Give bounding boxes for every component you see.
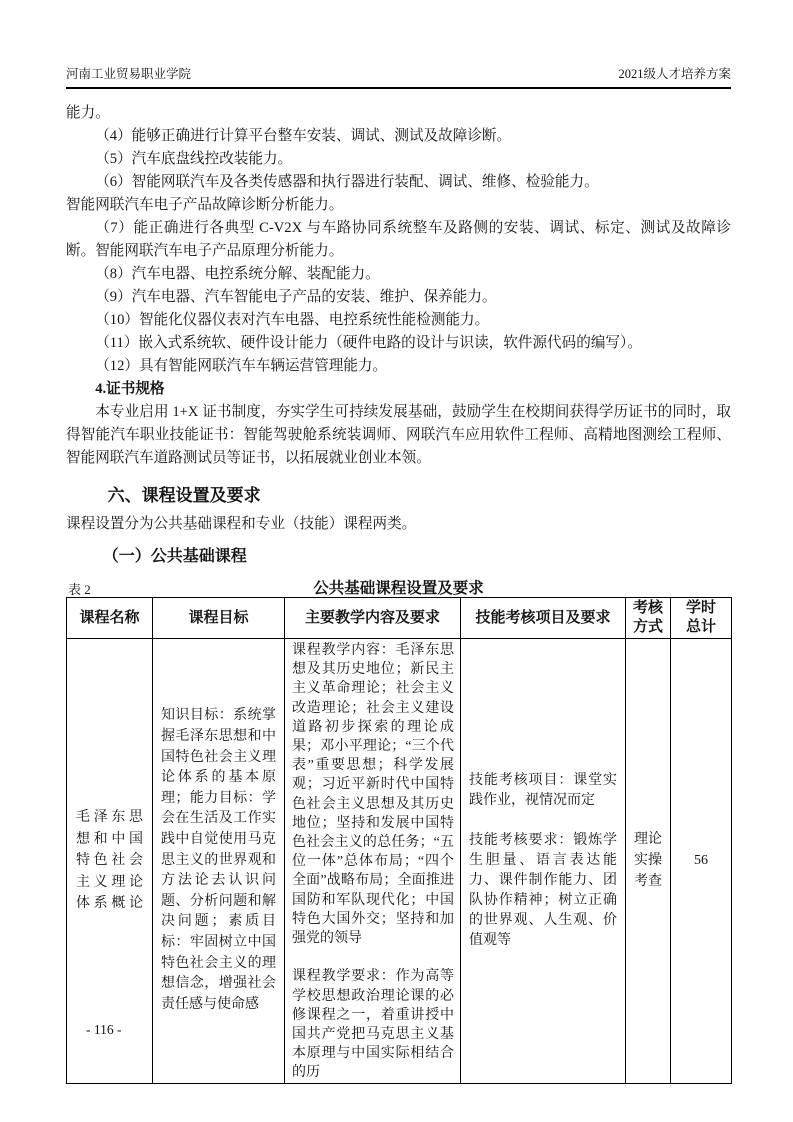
body-paragraph: 4.证书规格 (66, 378, 731, 401)
subsection-heading: （一）公共基础课程 (66, 543, 731, 566)
table-title: 公共基础课程设置及要求 (66, 575, 731, 598)
page-content: 河南工业贸易职业学院 2021级人才培养方案 能力。（4）能够正确进行计算平台整… (0, 0, 793, 1084)
column-header-objectives: 课程目标 (153, 598, 285, 639)
body-paragraph: （6）智能网联汽车及各类传感器和执行器进行装配、调试、维修、检验能力。 (66, 171, 731, 194)
body-paragraph: （5）汽车底盘线控改装能力。 (66, 148, 731, 171)
column-header-total-hours: 学时 总计 (671, 598, 732, 639)
cell-objectives: 知识目标：系统掌握毛泽东思想和中国特色社会主义理论体系的基本原理；能力目标：学会… (153, 639, 285, 1084)
column-header-assessment-method: 考核 方式 (626, 598, 671, 639)
cell-teaching-content: 课程教学内容：毛泽东思想及其历史地位；新民主主义革命理论；社会主义改造理论；社会… (285, 639, 461, 1084)
body-paragraph: （7）能正确进行各典型 C-V2X 与车路协同系统整车及路侧的安装、调试、标定、… (66, 217, 731, 263)
body-paragraph: （4）能够正确进行计算平台整车安装、调试、测试及故障诊断。 (66, 125, 731, 148)
table-caption-row: 表 2 公共基础课程设置及要求 (66, 575, 731, 596)
cell-skill-assessment: 技能考核项目：课堂实践作业，视情况而定 技能考核要求：锻炼学生胆量、语言表达能力… (461, 639, 626, 1084)
column-header-course-name: 课程名称 (67, 598, 153, 639)
body-paragraph: （10）智能化仪器仪表对汽车电器、电控系统性能检测能力。 (66, 309, 731, 332)
body-paragraph: （12）具有智能网联汽车车辆运营管理能力。 (66, 355, 731, 378)
page-number: - 116 - (86, 1022, 122, 1038)
body-paragraph: 能力。 (66, 102, 731, 125)
document-page: 河南工业贸易职业学院 2021级人才培养方案 能力。（4）能够正确进行计算平台整… (0, 0, 793, 1122)
column-header-teaching-content: 主要教学内容及要求 (285, 598, 461, 639)
page-header: 河南工业贸易职业学院 2021级人才培养方案 (66, 64, 731, 89)
course-table: 课程名称 课程目标 主要教学内容及要求 技能考核项目及要求 考核 方式 学时 总… (66, 597, 732, 1084)
column-header-skill-assessment: 技能考核项目及要求 (461, 598, 626, 639)
cell-assessment-method: 理论 实操 考查 (626, 639, 671, 1084)
header-school-name: 河南工业贸易职业学院 (66, 64, 191, 82)
section-intro: 课程设置分为公共基础课程和专业（技能）课程两类。 (66, 513, 731, 536)
body-paragraph: （11）嵌入式系统软、硬件设计能力（硬件电路的设计与识读，软件源代码的编写）。 (66, 332, 731, 355)
table-header-row: 课程名称 课程目标 主要教学内容及要求 技能考核项目及要求 考核 方式 学时 总… (67, 598, 732, 639)
header-plan-title: 2021级人才培养方案 (618, 64, 731, 82)
ability-paragraph-list: 能力。（4）能够正确进行计算平台整车安装、调试、测试及故障诊断。（5）汽车底盘线… (66, 102, 731, 470)
table-row: 毛泽东思想和中国特色社会主义理论体系概论 知识目标：系统掌握毛泽东思想和中国特色… (67, 639, 732, 1084)
cell-course-name: 毛泽东思想和中国特色社会主义理论体系概论 (67, 639, 153, 1084)
body-paragraph: （9）汽车电器、汽车智能电子产品的安装、维护、保养能力。 (66, 286, 731, 309)
table-caption: 表 2 (68, 579, 91, 598)
document-body: 能力。（4）能够正确进行计算平台整车安装、调试、测试及故障诊断。（5）汽车底盘线… (66, 102, 731, 1084)
section-heading: 六、课程设置及要求 (66, 481, 731, 506)
body-paragraph: （8）汽车电器、电控系统分解、装配能力。 (66, 263, 731, 286)
body-paragraph: 智能网联汽车电子产品故障诊断分析能力。 (66, 194, 731, 217)
body-paragraph: 本专业启用 1+X 证书制度，夯实学生可持续发展基础，鼓励学生在校期间获得学历证… (66, 401, 731, 470)
cell-total-hours: 56 (671, 639, 732, 1084)
